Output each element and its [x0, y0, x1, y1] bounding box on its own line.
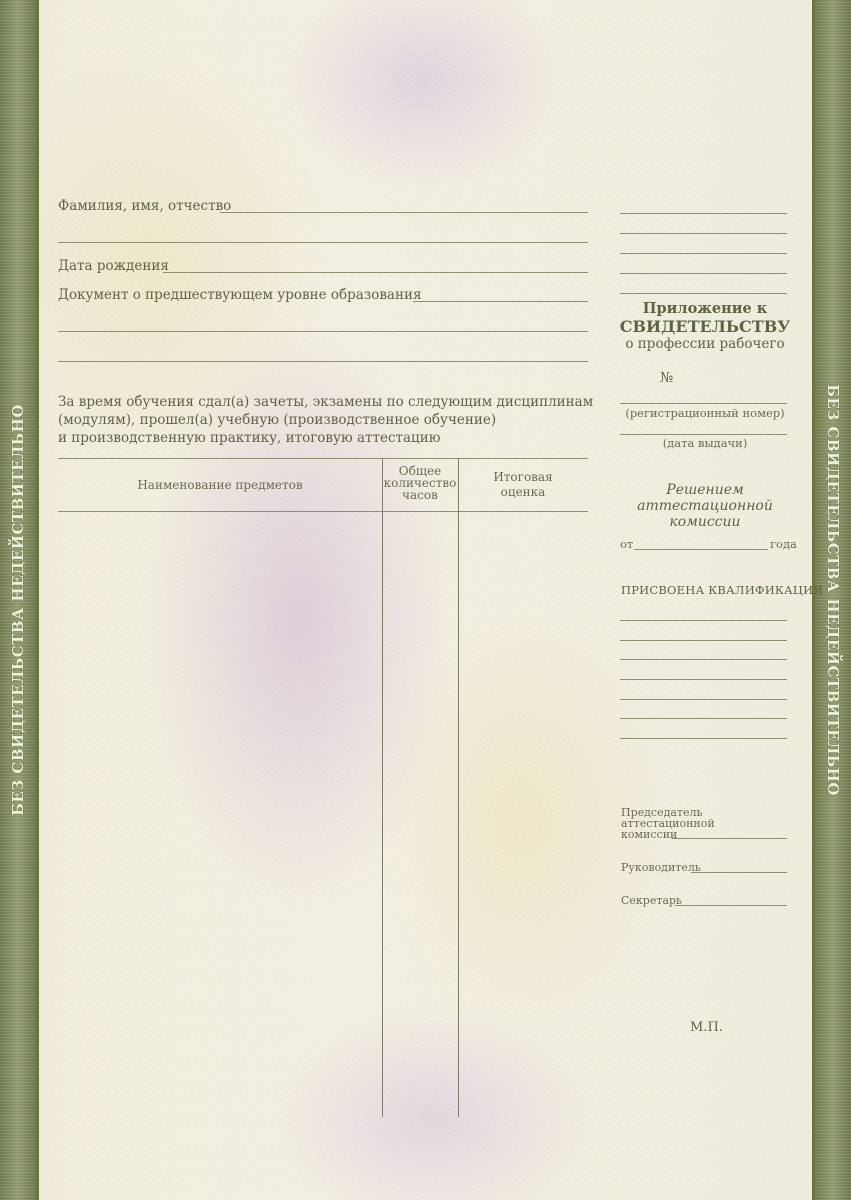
profession-subtitle: о профессии рабочего — [605, 336, 805, 352]
right-blank-line[interactable] — [620, 273, 787, 274]
table-column-divider — [458, 458, 459, 1117]
security-band-right: БЕЗ СВИДЕТЕЛЬСТВА НЕДЕЙСТВИТЕЛЬНО — [812, 0, 851, 1200]
prev-education-field[interactable] — [413, 301, 588, 302]
secretary-signature-field[interactable] — [675, 905, 787, 906]
decision-from-label: от — [620, 537, 633, 551]
qualification-line[interactable] — [620, 620, 787, 621]
qualification-line[interactable] — [620, 659, 787, 660]
header-hours: Общее количество часов — [382, 465, 458, 501]
right-blank-line[interactable] — [620, 253, 787, 254]
decision-year-label: года — [770, 537, 797, 551]
certificate-paper — [0, 0, 851, 1200]
full-name-label: Фамилия, имя, отчество — [58, 198, 231, 214]
table-header-border — [58, 511, 588, 512]
secretary-label: Секретарь — [621, 895, 682, 906]
prev-education-field-line3[interactable] — [58, 361, 588, 362]
table-top-border — [58, 458, 588, 459]
qualification-line[interactable] — [620, 718, 787, 719]
qualification-line[interactable] — [620, 738, 787, 739]
prev-education-field-line2[interactable] — [58, 331, 588, 332]
table-column-divider — [382, 458, 383, 1117]
birth-date-label: Дата рождения — [58, 258, 169, 274]
statement-line: и производственную практику, итоговую ат… — [58, 429, 593, 447]
qualification-line[interactable] — [620, 699, 787, 700]
band-text-right: БЕЗ СВИДЕТЕЛЬСТВА НЕДЕЙСТВИТЕЛЬНО — [824, 384, 842, 796]
number-sign: № — [660, 370, 673, 386]
security-band-left: БЕЗ СВИДЕТЕЛЬСТВА НЕДЕЙСТВИТЕЛЬНО — [0, 0, 39, 1200]
chairman-signature-field[interactable] — [672, 838, 787, 839]
registration-number-caption: (регистрационный номер) — [605, 406, 805, 420]
full-name-field[interactable] — [220, 212, 588, 213]
qualification-heading: ПРИСВОЕНА КВАЛИФИКАЦИЯ — [621, 583, 823, 597]
right-blank-line[interactable] — [620, 213, 787, 214]
statement-line: За время обучения сдал(а) зачеты, экзаме… — [58, 393, 593, 411]
chairman-label: Председатель аттестационной комиссии — [621, 807, 715, 840]
right-blank-line[interactable] — [620, 233, 787, 234]
issue-date-field[interactable] — [620, 434, 787, 435]
certificate-title: СВИДЕТЕЛЬСТВУ — [605, 317, 805, 336]
birth-date-field[interactable] — [163, 272, 588, 273]
qualification-line[interactable] — [620, 679, 787, 680]
band-text-left: БЕЗ СВИДЕТЕЛЬСТВА НЕДЕЙСТВИТЕЛЬНО — [9, 404, 27, 816]
statement-line: (модулям), прошел(а) учебную (производст… — [58, 411, 593, 429]
director-label: Руководитель — [621, 862, 701, 873]
registration-number-field[interactable] — [620, 403, 787, 404]
qualification-line[interactable] — [620, 640, 787, 641]
header-subject: Наименование предметов — [58, 479, 382, 491]
appendix-title: Приложение к — [605, 300, 805, 317]
decision-text: Решением аттестационной комиссии — [605, 482, 805, 530]
full-name-field-continued[interactable] — [58, 242, 588, 243]
director-signature-field[interactable] — [691, 872, 787, 873]
decision-date-field[interactable] — [634, 549, 768, 550]
stamp-place-label: М.П. — [690, 1020, 723, 1035]
header-grade: Итоговая оценка — [458, 470, 588, 500]
prev-education-label: Документ о предшествующем уровне образов… — [58, 287, 421, 303]
issue-date-caption: (дата выдачи) — [605, 436, 805, 450]
statement-paragraph: За время обучения сдал(а) зачеты, экзаме… — [58, 393, 593, 447]
right-blank-line[interactable] — [620, 293, 787, 294]
